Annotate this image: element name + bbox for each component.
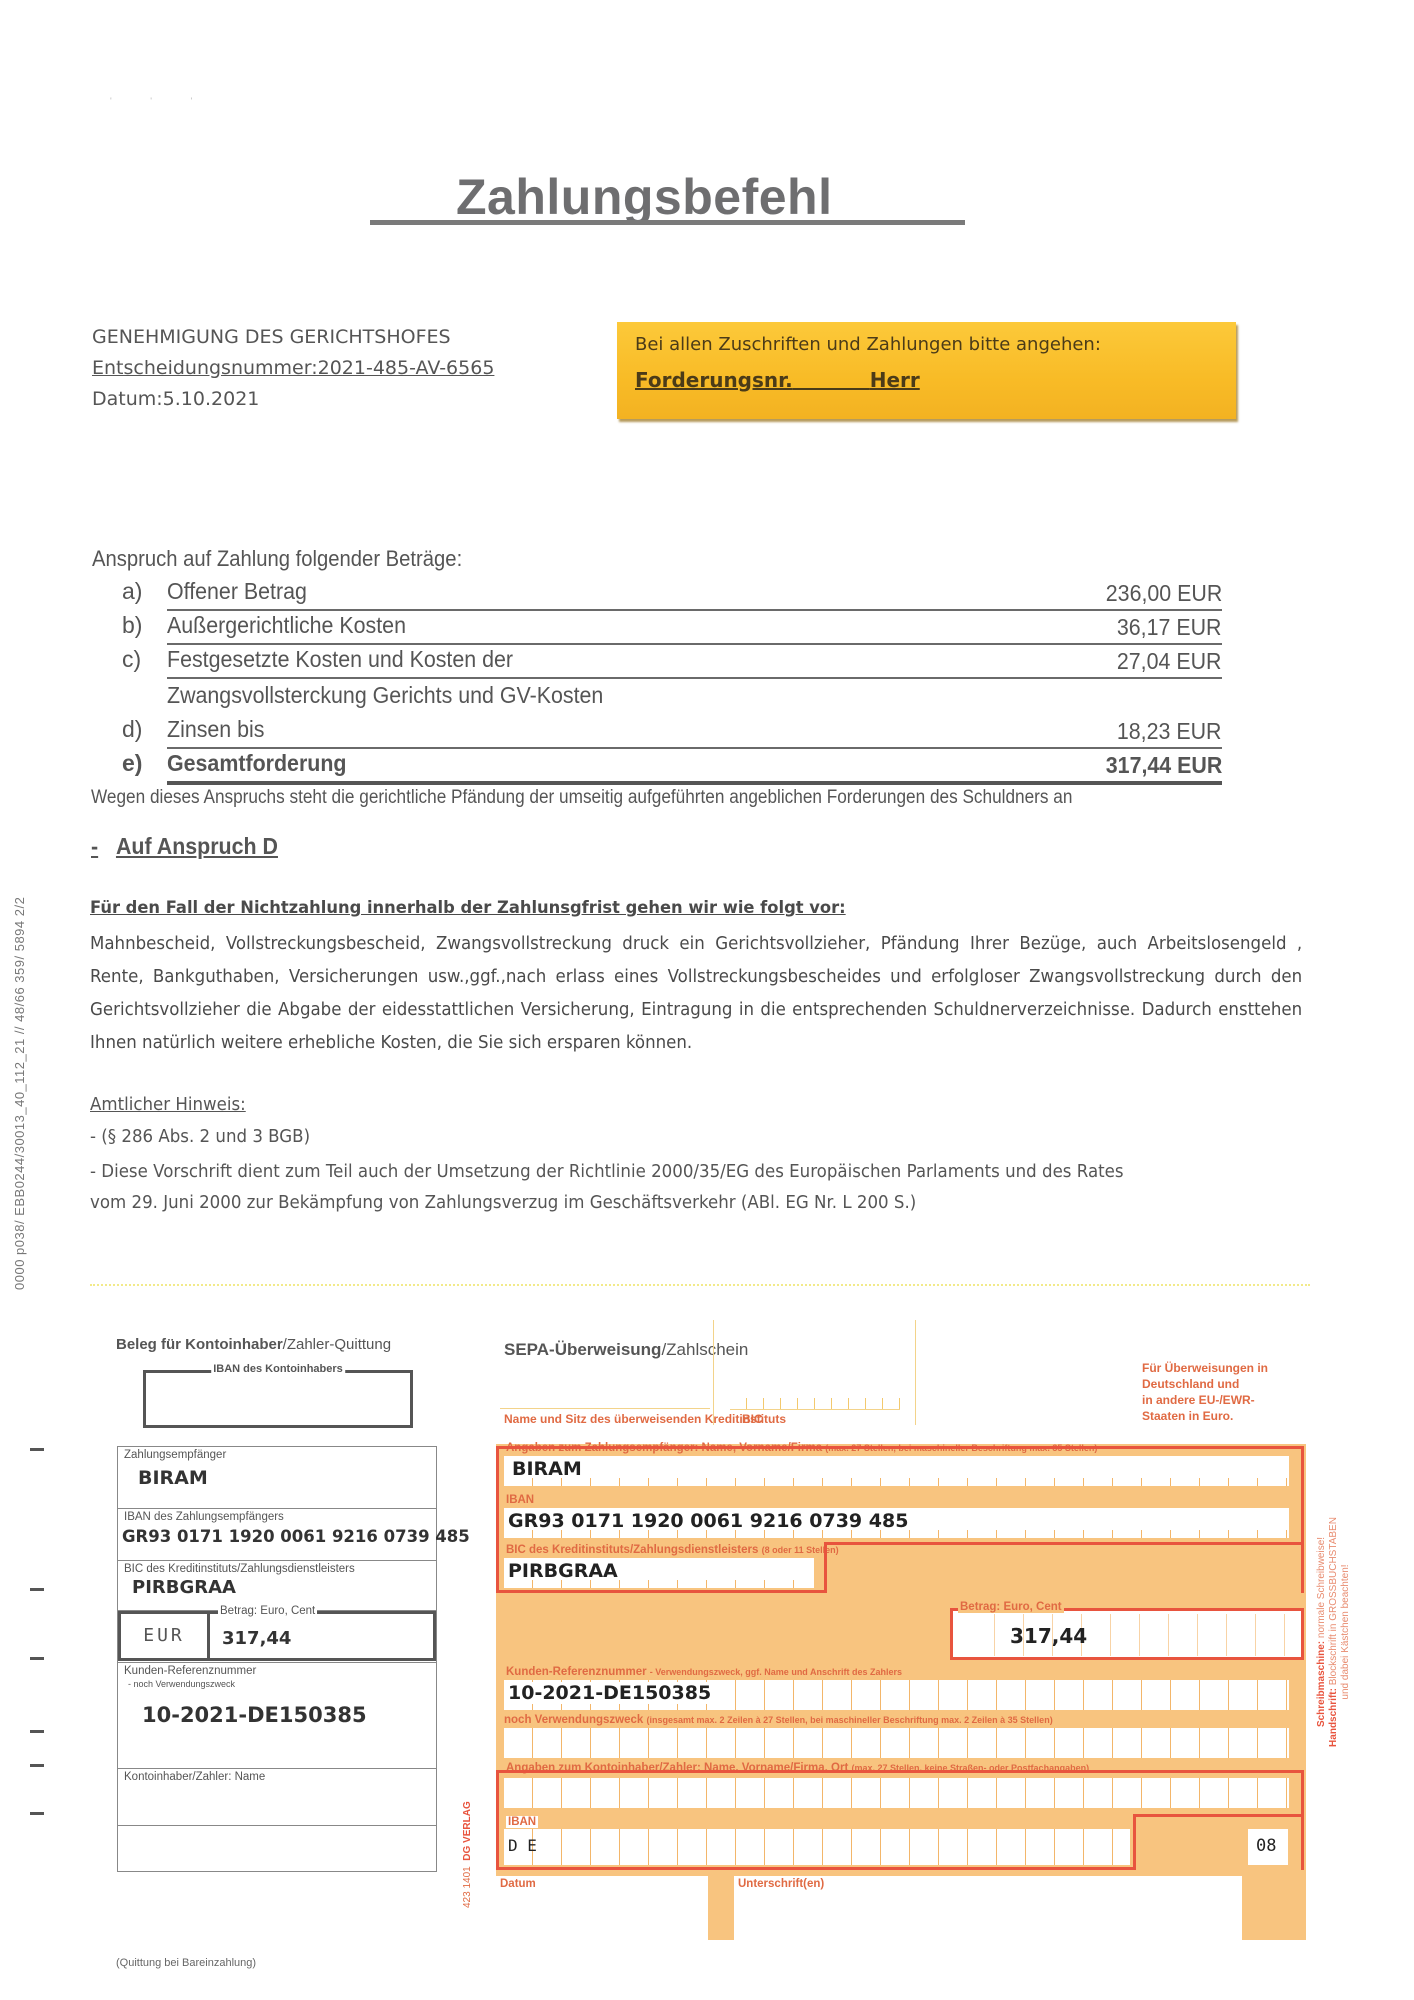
receipt-payee-value: BIRAM — [138, 1467, 208, 1489]
receipt-amount-row: EUR Betrag: Euro, Cent 317,44 — [118, 1611, 436, 1663]
instruction-boxes: und dabei Kästchen beachten! — [1340, 1512, 1352, 1752]
sepa-purpose2-field[interactable] — [504, 1728, 1289, 1758]
claim-amount: 236,00 EUR — [1105, 580, 1222, 607]
sending-bic-field[interactable] — [730, 1370, 900, 1410]
receipt-bic-label: BIC des Kreditinstituts/Zahlungsdienstle… — [124, 1563, 355, 1575]
sepa-amount-value: 317,44 — [1010, 1624, 1087, 1648]
garnishment-note: Wegen dieses Anspruchs steht die gericht… — [91, 787, 1072, 809]
receipt-payee-label: Zahlungsempfänger — [124, 1449, 226, 1461]
claim-label: Offener Betrag — [167, 578, 307, 605]
claim-letter: c) — [122, 646, 141, 673]
decision-date: Datum:5.10.2021 — [92, 384, 494, 415]
writing-instructions: Schreibmaschine: normale Schreibweise! H… — [1316, 1512, 1352, 1752]
claim-total-amount: 317,44 EUR — [1105, 752, 1222, 779]
publisher-name: DG VERLAG — [462, 1801, 473, 1860]
sepa-reference-value: 10-2021-DE150385 — [508, 1682, 711, 1704]
receipt-payee-field[interactable]: Zahlungsempfänger BIRAM — [118, 1447, 436, 1509]
claim-label: Festgesetzte Kosten und Kosten der — [167, 646, 513, 673]
frame-line — [1133, 1814, 1304, 1817]
claim-letter: d) — [122, 716, 142, 743]
sepa-date-label: Datum — [500, 1878, 536, 1890]
margin-tick — [30, 1657, 44, 1660]
claim-item: c) Festgesetzte Kosten und Kosten der 27… — [122, 646, 1222, 680]
sepa-title-rest: /Zahlschein — [661, 1340, 748, 1359]
sepa-purpose2-label: noch Verwendungszweck (insgesamt max. 2 … — [504, 1714, 1053, 1726]
claim-total: e) Gesamtforderung 317,44 EUR — [122, 750, 1222, 784]
eu-transfer-note: Für Überweisungen in Deutschland und in … — [1142, 1360, 1268, 1424]
sending-bic-label: BIC — [742, 1412, 763, 1426]
claim-amount: 36,17 EUR — [1117, 614, 1222, 641]
margin-tick — [30, 1588, 44, 1591]
claim-rule — [167, 643, 1222, 645]
claim-rule — [167, 781, 1222, 785]
receipt-reference-sublabel: - noch Verwendungszweck — [128, 1679, 235, 1689]
receipt-payer-name-label: Kontoinhaber/Zahler: Name — [124, 1771, 265, 1783]
bank-name-field[interactable] — [500, 1408, 710, 1409]
anspruch-dash: - — [91, 833, 98, 859]
receipt-grid: Zahlungsempfänger BIRAM IBAN des Zahlung… — [117, 1446, 437, 1872]
receipt-bic-field[interactable]: BIC des Kreditinstituts/Zahlungsdienstle… — [118, 1561, 436, 1611]
receipt-reference-value: 10-2021-DE150385 — [142, 1703, 367, 1727]
receipt-amount-label: Betrag: Euro, Cent — [218, 1605, 317, 1617]
claim-rule — [167, 677, 1222, 679]
claim-amount: 27,04 EUR — [1117, 648, 1222, 675]
receipt-title-bold: Beleg für Kontoinhaber — [116, 1336, 283, 1353]
sepa-form-body: Angaben zum Zahlungsempfänger: Name, Vor… — [496, 1444, 1306, 1940]
frame-line — [496, 1590, 826, 1593]
margin-tick — [30, 1764, 44, 1767]
title-underline — [370, 220, 965, 225]
sepa-title: SEPA-Überweisung/Zahlschein — [504, 1340, 748, 1360]
margin-document-code: 0000 p038/ EBB0244/30013_40_112_21 // 48… — [12, 897, 27, 1290]
receipt-amount-field[interactable]: Betrag: Euro, Cent 317,44 — [210, 1611, 436, 1661]
instruction-typewriter: normale Schreibweise! — [1316, 1537, 1327, 1641]
salutation: Herr — [870, 368, 920, 392]
court-heading: GENEHMIGUNG DES GERICHTSHOFES — [92, 322, 494, 353]
receipt-footer: (Quittung bei Bareinzahlung) — [116, 1957, 256, 1969]
instruction-typewriter-label: Schreibmaschine: — [1316, 1641, 1327, 1727]
document-title: Zahlungsbefehl — [456, 168, 832, 226]
claim-letter: b) — [122, 612, 142, 639]
official-note-line: vom 29. Juni 2000 zur Bekämpfung von Zah… — [90, 1193, 916, 1213]
divider — [915, 1320, 916, 1425]
tear-off-separator — [90, 1284, 1310, 1286]
margin-tick — [30, 1730, 44, 1733]
frame-line — [496, 1867, 1136, 1870]
eu-note-line: Staaten in Euro. — [1142, 1408, 1268, 1424]
claim-letter: e) — [122, 750, 142, 777]
official-note-line: - Diese Vorschrift dient zum Teil auch d… — [90, 1162, 1124, 1182]
claim-label: Außergerichtliche Kosten — [167, 612, 406, 639]
claim-c-continuation: Zwangsvollsterckung Gerichts und GV-Kost… — [167, 682, 603, 709]
sepa-reference-label: Kunden-Referenznummer - Verwendungszweck… — [506, 1666, 902, 1678]
claim-label: Zinsen bis — [167, 716, 264, 743]
margin-tick — [30, 1448, 44, 1451]
publisher-code: 423 1401 — [462, 1866, 473, 1908]
anspruch-label: Auf Anspruch D — [116, 833, 278, 859]
claims-intro: Anspruch auf Zahlung folgender Beträge: — [92, 546, 462, 572]
reference-notice-box: Bei allen Zuschriften und Zahlungen bitt… — [617, 322, 1236, 419]
receipt-payee-iban-field[interactable]: IBAN des Zahlungsempfängers GR93 0171 19… — [118, 1509, 436, 1561]
margin-tick — [30, 1812, 44, 1815]
receipt-payee-iban-value: GR93 0171 1920 0061 9216 0739 485 — [122, 1527, 470, 1546]
decision-number: Entscheidungsnummer:2021-485-AV-6565 — [92, 353, 494, 384]
procedure-body: Mahnbescheid, Vollstreckungsbescheid, Zw… — [90, 928, 1302, 1060]
receipt-reference-field[interactable]: Kunden-Referenznummer - noch Verwendungs… — [118, 1663, 436, 1769]
court-approval-block: GENEHMIGUNG DES GERICHTSHOFES Entscheidu… — [92, 322, 494, 415]
claim-item: b) Außergerichtliche Kosten 36,17 EUR — [122, 612, 1222, 646]
frame-line — [1301, 1446, 1304, 1545]
claim-item: a) Offener Betrag 236,00 EUR — [122, 578, 1222, 612]
eu-note-line: in andere EU-/EWR- — [1142, 1392, 1268, 1408]
claim-rule — [167, 609, 1222, 611]
frame-line — [1133, 1814, 1136, 1870]
payer-iban-field[interactable]: IBAN des Kontoinhabers — [143, 1370, 413, 1428]
publisher-imprint: 423 1401 DG VERLAG — [462, 1801, 473, 1908]
receipt-reference-label: Kunden-Referenznummer — [124, 1665, 256, 1677]
notice-claim-reference: Forderungsnr. Herr — [635, 368, 920, 392]
receipt-amount-value: 317,44 — [222, 1628, 291, 1649]
receipt-title: Beleg für Kontoinhaber/Zahler-Quittung — [116, 1336, 391, 1353]
notice-instruction: Bei allen Zuschriften und Zahlungen bitt… — [635, 334, 1101, 355]
receipt-payee-iban-label: IBAN des Zahlungsempfängers — [124, 1511, 284, 1523]
receipt-bic-value: PIRBGRAA — [132, 1577, 236, 1598]
payee-frame — [496, 1446, 1304, 1593]
claim-rule — [167, 747, 1222, 749]
anspruch-heading: - Auf Anspruch D — [91, 833, 278, 860]
eu-note-line: Für Überweisungen in — [1142, 1360, 1268, 1376]
frame-line — [824, 1542, 1304, 1545]
receipt-currency: EUR — [118, 1611, 210, 1661]
document-title-block: Zahlungsbefehl — [370, 158, 965, 230]
receipt-payer-name-field[interactable]: Kontoinhaber/Zahler: Name — [118, 1769, 436, 1826]
sepa-transfer-form: SEPA-Überweisung/Zahlschein Name und Sit… — [490, 1320, 1330, 1990]
claim-label: Gesamtforderung — [167, 750, 346, 777]
receipt-payer-extra-field[interactable] — [118, 1826, 436, 1871]
sepa-amount-label: Betrag: Euro, Cent — [958, 1601, 1064, 1613]
claim-number-label: Forderungsnr. — [635, 368, 793, 392]
divider — [713, 1320, 714, 1425]
receipt-title-rest: /Zahler-Quittung — [283, 1336, 391, 1353]
instruction-handwriting-label: Handschrift: — [1328, 1688, 1339, 1747]
sepa-signature-label: Unterschrift(en) — [738, 1878, 824, 1890]
frame-line — [824, 1542, 827, 1593]
payer-iban-label: IBAN des Kontoinhabers — [211, 1363, 345, 1375]
procedure-heading: Für den Fall der Nichtzahlung innerhalb … — [90, 898, 846, 918]
claim-letter: a) — [122, 578, 142, 605]
instruction-handwriting: Blockschrift in GROSSBUCHSTABEN — [1328, 1517, 1339, 1688]
eu-note-line: Deutschland und — [1142, 1376, 1268, 1392]
claim-item: d) Zinsen bis 18,23 EUR — [122, 716, 1222, 750]
payer-frame — [496, 1770, 1304, 1870]
sepa-title-bold: SEPA-Überweisung — [504, 1340, 661, 1359]
claim-amount: 18,23 EUR — [1117, 718, 1222, 745]
official-note-line: - (§ 286 Abs. 2 und 3 BGB) — [90, 1127, 310, 1147]
official-note-heading: Amtlicher Hinweis: — [90, 1095, 246, 1115]
scan-marks: ' ' ' — [110, 96, 210, 106]
payer-receipt: Beleg für Kontoinhaber/Zahler-Quittung I… — [100, 1320, 470, 1990]
